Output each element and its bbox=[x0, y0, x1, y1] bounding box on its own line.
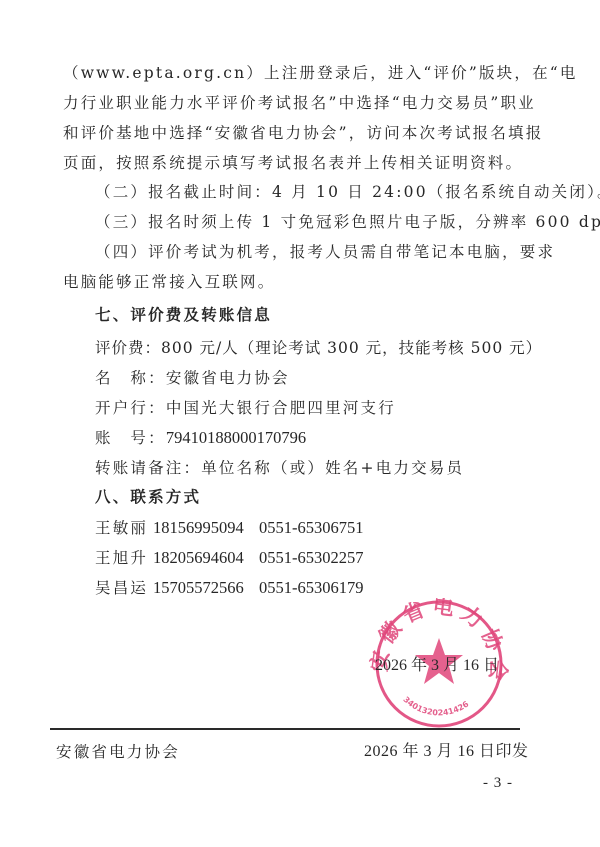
account-number-value: 79410188000170796 bbox=[166, 428, 306, 447]
contact-name: 王旭升 bbox=[95, 549, 148, 567]
page-number: - 3 - bbox=[483, 773, 513, 793]
contact-phone: 0551-65306751 bbox=[259, 518, 364, 538]
svg-text:3401320241426: 3401320241426 bbox=[401, 695, 470, 718]
contact-mobile: 15705572566 bbox=[153, 578, 244, 598]
paragraph-line: （www.epta.org.cn）上注册登录后，进入“评价”版块，在“电 bbox=[63, 63, 578, 83]
contact-row: 王敏丽 18156995094 0551-65306751 bbox=[95, 518, 148, 538]
item-photo: （三）报名时须上传 1 寸免冠彩色照片电子版，分辨率 600 dpi。 bbox=[95, 212, 600, 232]
bank-label: 开户行： bbox=[95, 399, 166, 417]
section-heading-fees: 七、评价费及转账信息 bbox=[95, 305, 272, 325]
account-name-value: 安徽省电力协会 bbox=[166, 369, 290, 387]
item-computer: （四）评价考试为机考，报考人员需自带笔记本电脑，要求 bbox=[95, 242, 555, 262]
footer-issue-date: 2026 年 3 月 16 日印发 bbox=[364, 742, 529, 762]
contact-mobile: 18156995094 bbox=[153, 518, 244, 538]
transfer-remark: 转账请备注：单位名称（或）姓名+电力交易员 bbox=[95, 458, 464, 478]
bank-row: 开户行：中国光大银行合肥四里河支行 bbox=[95, 398, 396, 418]
contact-row: 王旭升 18205694604 0551-65302257 bbox=[95, 548, 148, 568]
signature-date: 2026 年 3 月 16 日 bbox=[375, 656, 499, 676]
account-name-label: 名 称： bbox=[95, 369, 166, 387]
contact-mobile: 18205694604 bbox=[153, 548, 244, 568]
contact-name: 吴昌运 bbox=[95, 579, 148, 597]
item-deadline: （二）报名截止时间：4 月 10 日 24:00（报名系统自动关闭）。 bbox=[95, 182, 600, 202]
account-number-row: 账 号：79410188000170796 bbox=[95, 428, 306, 448]
section-heading-contacts: 八、联系方式 bbox=[95, 487, 201, 507]
contact-row: 吴昌运 15705572566 0551-65306179 bbox=[95, 578, 148, 598]
paragraph-line: 力行业职业能力水平评价考试报名”中选择“电力交易员”职业 bbox=[63, 93, 536, 113]
contact-phone: 0551-65306179 bbox=[259, 578, 364, 598]
footer-issuer: 安徽省电力协会 bbox=[56, 742, 180, 762]
contact-phone: 0551-65302257 bbox=[259, 548, 364, 568]
account-name-row: 名 称：安徽省电力协会 bbox=[95, 368, 290, 388]
account-number-label: 账 号： bbox=[95, 429, 166, 447]
footer-divider bbox=[50, 728, 520, 730]
bank-value: 中国光大银行合肥四里河支行 bbox=[166, 399, 396, 417]
contact-name: 王敏丽 bbox=[95, 519, 148, 537]
item-computer-continued: 电脑能够正常接入互联网。 bbox=[63, 272, 275, 292]
paragraph-line: 页面，按照系统提示填写考试报名表并上传相关证明资料。 bbox=[63, 153, 523, 173]
fee-line: 评价费：800 元/人（理论考试 300 元，技能考核 500 元） bbox=[95, 338, 542, 358]
paragraph-line: 和评价基地中选择“安徽省电力协会”，访问本次考试报名填报 bbox=[63, 123, 543, 143]
seal-code: 3401320241426 bbox=[401, 695, 470, 718]
